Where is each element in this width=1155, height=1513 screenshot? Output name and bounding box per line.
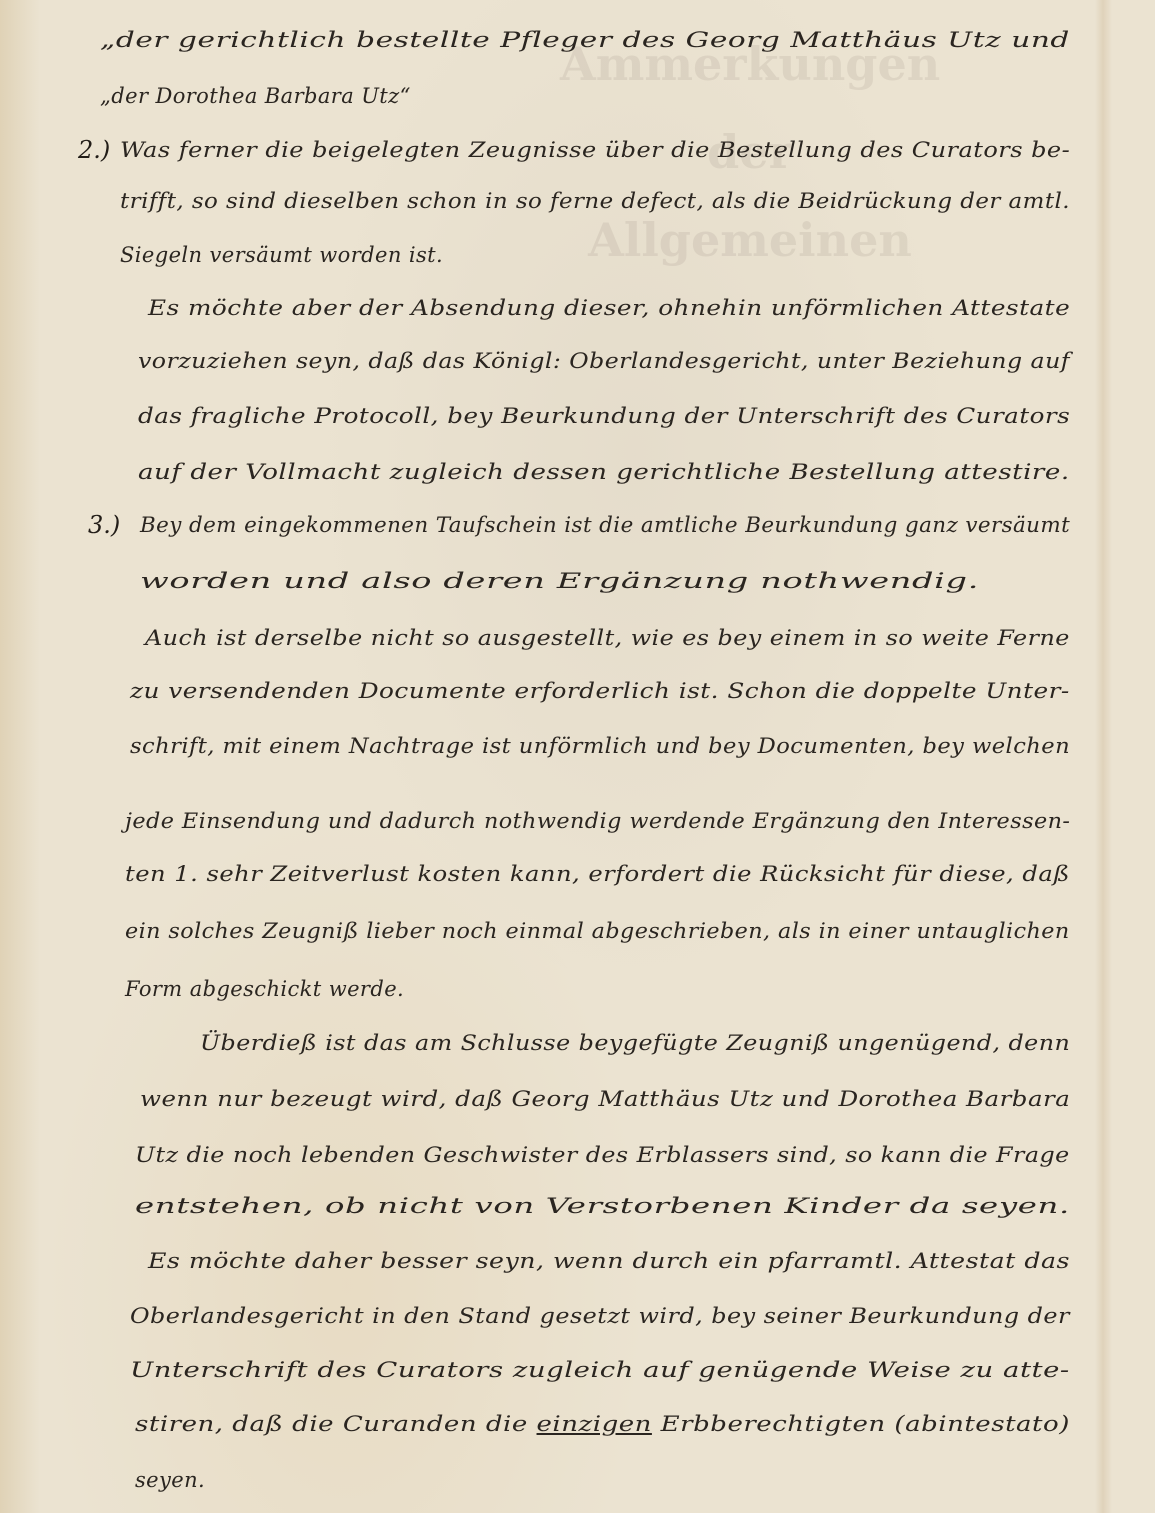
manuscript-line: entstehen, ob nicht von Verstorbenen Kin… <box>135 1194 1070 1218</box>
manuscript-page: Ammerkungen der Allgemeinen „der gericht… <box>0 0 1155 1513</box>
manuscript-line: Bey dem eingekommenen Taufschein ist die… <box>140 513 1070 537</box>
underlined-word: einzigen <box>537 1412 652 1436</box>
manuscript-line: Siegeln versäumt worden ist. <box>120 243 443 267</box>
manuscript-line: Oberlandesgericht in den Stand gesetzt w… <box>130 1304 1070 1328</box>
manuscript-line: „der Dorothea Barbara Utz“ <box>100 84 411 108</box>
manuscript-line: ein solches Zeugniß lieber noch einmal a… <box>125 919 1070 943</box>
manuscript-line: ten 1. sehr Zeitverlust kosten kann, erf… <box>125 862 1070 886</box>
section-number: 2.) <box>78 136 110 164</box>
manuscript-line: worden und also deren Ergänzung nothwend… <box>140 569 979 593</box>
manuscript-line: vorzuziehen seyn, daß das Königl: Oberla… <box>138 349 1070 373</box>
manuscript-line: stiren, daß die Curanden die einzigen Er… <box>135 1412 1070 1436</box>
manuscript-line: schrift, mit einem Nachtrage ist unförml… <box>130 734 1070 758</box>
section-number: 3.) <box>88 511 120 539</box>
manuscript-line: jede Einsendung und dadurch nothwendig w… <box>125 809 1070 833</box>
show-through-print: Ammerkungen der Allgemeinen <box>560 20 940 310</box>
manuscript-line: Unterschrift des Curators zugleich auf g… <box>130 1358 1070 1382</box>
manuscript-line: zu versendenden Documente erforderlich i… <box>130 679 1070 703</box>
manuscript-line: Überdieß ist das am Schlusse beygefügte … <box>200 1031 1070 1055</box>
manuscript-line: Es möchte aber der Absendung dieser, ohn… <box>148 296 1070 320</box>
manuscript-line: trifft, so sind dieselben schon in so fe… <box>120 189 1070 213</box>
manuscript-line: Form abgeschickt werde. <box>125 977 404 1001</box>
manuscript-line: Es möchte daher besser seyn, wenn durch … <box>148 1249 1070 1273</box>
manuscript-line: „der gerichtlich bestellte Pfleger des G… <box>100 28 1070 52</box>
manuscript-line: Was ferner die beigelegten Zeugnisse übe… <box>120 138 1070 162</box>
manuscript-line: seyen. <box>135 1468 205 1492</box>
manuscript-line: auf der Vollmacht zugleich dessen gerich… <box>138 460 1070 484</box>
manuscript-line: Utz die noch lebenden Geschwister des Er… <box>135 1143 1070 1167</box>
manuscript-line: das fragliche Protocoll, bey Beurkundung… <box>138 404 1070 428</box>
manuscript-line: Auch ist derselbe nicht so ausgestellt, … <box>145 626 1070 650</box>
manuscript-line: wenn nur bezeugt wird, daß Georg Matthäu… <box>140 1087 1070 1111</box>
